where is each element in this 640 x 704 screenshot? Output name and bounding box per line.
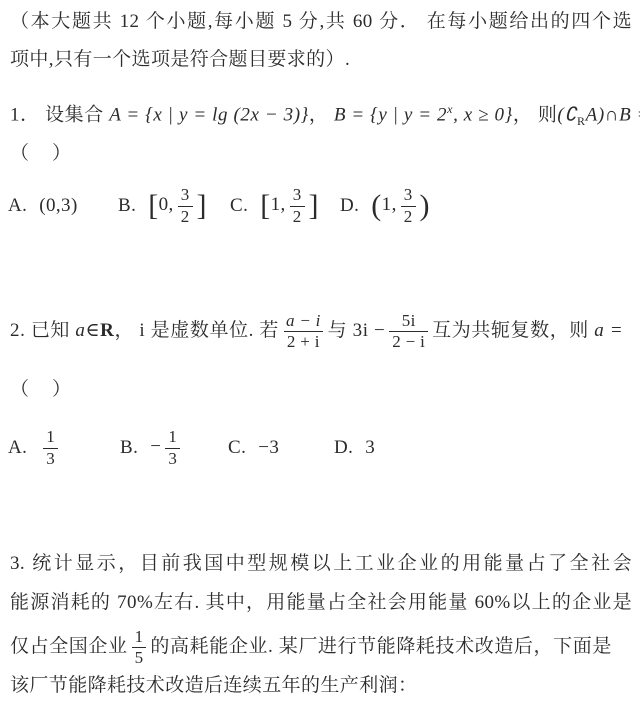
q3-fraction: 15 [132, 628, 147, 668]
q1-option-d-open-paren: ( [371, 189, 381, 222]
fraction-denominator: 2 [401, 206, 416, 226]
q3-line3-pre: 仅占全国企业 [10, 636, 128, 657]
instructions-line1: （本大题共 12 个小题,每小题 5 分,共 60 分． 在每小题给出的四个选 [10, 9, 632, 35]
fraction-numerator: 5i [399, 312, 419, 331]
fraction-denominator: 2 [290, 206, 305, 226]
q1-option-c-label: C. [230, 195, 248, 217]
q1-option-d: D. (1,32) [340, 178, 430, 234]
q1-option-c: C. [1,32] [230, 178, 319, 234]
fraction-denominator: 2 [178, 206, 193, 226]
fraction-numerator: 3 [290, 186, 305, 205]
q1-complement-sub: R [577, 114, 586, 128]
q1-comma2: ， [513, 104, 538, 125]
q1-lead: 设集合 [40, 104, 110, 125]
fraction-numerator: a − i [283, 312, 324, 331]
q1-option-d-close-paren: ) [420, 189, 430, 222]
q1-option-d-fraction: 32 [401, 186, 416, 226]
q1-option-b-lower: 0, [159, 194, 174, 215]
q2-option-c-label: C. [228, 437, 246, 459]
question-1-stem: 1． 设集合 A = {x | y = lg (2x − 3)}， B = {y… [10, 96, 632, 134]
q1-option-d-lower: 1, [382, 194, 397, 215]
q1-set-a: A = {x | y = lg (2x − 3)} [109, 104, 309, 125]
q1-option-c-fraction: 32 [290, 186, 305, 226]
q1-then: 则 [538, 104, 558, 125]
q2-options-row: A. 13 B. −13 C. −3 D. 3 [0, 420, 640, 476]
q2-option-c: C. −3 [228, 420, 279, 476]
q1-option-c-value: [1,32] [260, 186, 319, 226]
fraction-denominator: 3 [43, 448, 58, 468]
fraction-denominator: 5 [132, 647, 147, 667]
q1-set-b-post: , x ≥ 0} [453, 104, 513, 125]
q2-option-a-fraction: 13 [43, 428, 58, 468]
q2-option-d-value: 3 [365, 437, 375, 459]
fraction-numerator: 3 [178, 186, 193, 205]
question-3-line4: 该厂节能降耗技术改造后连续五年的生产利润： [10, 673, 632, 699]
q1-complement-post: A)∩B = [586, 104, 640, 125]
q2-mid: 与 [328, 320, 353, 341]
q2-tail: 互为共轭复数，则 [432, 320, 594, 341]
fraction-numerator: 3 [401, 186, 416, 205]
q1-option-a-label: A. [8, 195, 27, 217]
q1-option-b-open-bracket: [ [148, 189, 158, 222]
q2-answer-blank: （ ） [10, 377, 632, 403]
q1-comma1: ， [309, 104, 329, 125]
q2-option-a: A. 13 [8, 420, 62, 476]
q2-fraction-1: a − i2 + i [283, 312, 324, 352]
q2-lead1: 已知 [31, 320, 76, 341]
q2-lead2: 是虚数单位. 若 [145, 320, 279, 341]
question-3-line1: 3. 统计显示，目前我国中型规模以上工业企业的用能量占了全社会 [10, 551, 632, 577]
q1-option-b-close-bracket: ] [197, 189, 207, 222]
q3-line3-post: 的高耗能企业. 某厂进行节能降耗技术改造后，下面是 [150, 636, 612, 657]
exam-page: （本大题共 12 个小题,每小题 5 分,共 60 分． 在每小题给出的四个选 … [0, 0, 640, 704]
q2-option-b-sign: − [150, 436, 161, 457]
q1-option-a-value: (0,3) [39, 195, 77, 217]
q2-a-equals: a = [594, 320, 623, 341]
q2-reals-symbol: R [100, 320, 114, 341]
q2-option-b: B. −13 [120, 420, 184, 476]
q2-option-b-fraction: 13 [165, 428, 180, 468]
q1-option-b-label: B. [118, 195, 136, 217]
q1-option-c-close-bracket: ] [309, 189, 319, 222]
q1-options-row: A. (0,3) B. [0,32] C. [1,32] D. (1,32) [0, 178, 640, 234]
fraction-denominator: 2 + i [284, 331, 323, 351]
q2-option-a-value: 13 [39, 428, 62, 468]
q2-option-c-value: −3 [258, 437, 279, 459]
fraction-numerator: 1 [165, 428, 180, 447]
q1-option-b-fraction: 32 [178, 186, 193, 226]
q1-option-d-value: (1,32) [371, 186, 430, 226]
fraction-numerator: 1 [43, 428, 58, 447]
q2-option-a-label: A. [8, 437, 27, 459]
q1-set-b-pre: B = {y | y = 2 [328, 104, 447, 125]
fraction-denominator: 2 − i [389, 331, 428, 351]
q2-option-b-value: −13 [150, 428, 184, 468]
q2-3i-term: 3i − [353, 320, 386, 341]
q1-answer-blank: （ ） [10, 141, 632, 167]
q2-option-d: D. 3 [334, 420, 375, 476]
fraction-numerator: 1 [132, 628, 147, 647]
q2-comma1: ， [114, 320, 139, 341]
q2-fraction-2: 5i2 − i [389, 312, 428, 352]
q1-number: 1． [10, 104, 40, 125]
q1-complement-pre: (∁ [557, 104, 577, 125]
question-3-line3: 仅占全国企业15的高耗能企业. 某厂进行节能降耗技术改造后，下面是 [10, 628, 632, 668]
q1-option-c-open-bracket: [ [260, 189, 270, 222]
q1-option-b: B. [0,32] [118, 178, 207, 234]
instructions-line2: 项中,只有一个选项是符合题目要求的）. [10, 47, 632, 73]
q1-option-a: A. (0,3) [8, 178, 78, 234]
q1-option-d-label: D. [340, 195, 359, 217]
q1-option-b-value: [0,32] [148, 186, 207, 226]
fraction-denominator: 3 [165, 448, 180, 468]
q2-number: 2. [10, 320, 31, 341]
q2-a-in: a∈ [75, 320, 100, 341]
question-2-stem: 2. 已知 a∈R， i 是虚数单位. 若a − i2 + i与 3i −5i2… [10, 312, 632, 352]
question-3-line2: 能源消耗的 70%左右. 其中，用能量占全社会用能量 60%以上的企业是 [10, 590, 632, 616]
q2-option-d-label: D. [334, 437, 353, 459]
q1-option-c-lower: 1, [271, 194, 286, 215]
q2-option-b-label: B. [120, 437, 138, 459]
